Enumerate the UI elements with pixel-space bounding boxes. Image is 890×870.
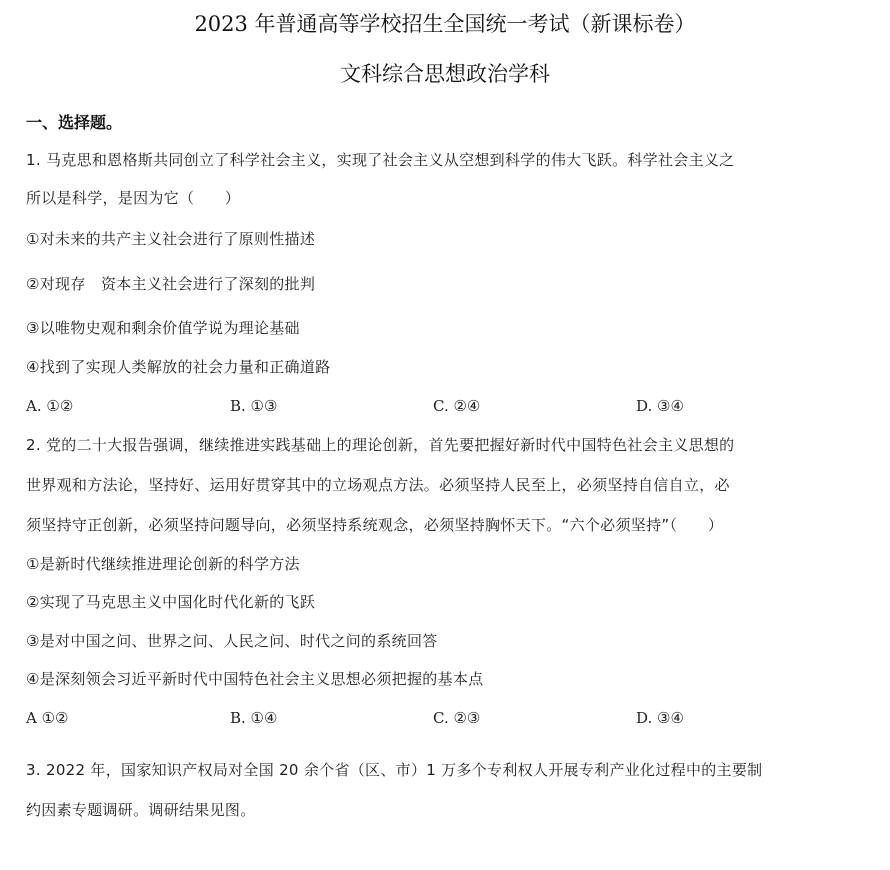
statement-4: ④找到了实现人类解放的社会力量和正确道路 [26, 357, 330, 377]
document-title: 2023 年普通高等学校招生全国统一考试（新课标卷） [0, 8, 890, 38]
option-b: B. ①④ [230, 708, 277, 728]
option-b: B. ①③ [230, 396, 277, 416]
question-stem-line: 世界观和方法论，坚持好、运用好贯穿其中的立场观点方法。必须坚持人民至上，必须坚持… [26, 475, 730, 495]
statement-3: ③是对中国之问、世界之问、人民之问、时代之问的系统回答 [26, 631, 438, 651]
document-subtitle: 文科综合思想政治学科 [0, 58, 890, 88]
section-heading: 一、选择题。 [26, 110, 122, 133]
option-d: D. ③④ [636, 708, 684, 728]
question-stem-line: 3. 2022 年，国家知识产权局对全国 20 余个省（区、市）1 万多个专利权… [26, 760, 762, 780]
statement-1: ①对未来的共产主义社会进行了原则性描述 [26, 229, 315, 249]
question-stem-line: 1. 马克思和恩格斯共同创立了科学社会主义，实现了社会主义从空想到科学的伟大飞跃… [26, 150, 734, 170]
option-d: D. ③④ [636, 396, 684, 416]
question-stem-line: 2. 党的二十大报告强调，继续推进实践基础上的理论创新，首先要把握好新时代中国特… [26, 435, 734, 455]
option-a: A. ①② [26, 396, 73, 416]
statement-2: ②对现存 资本主义社会进行了深刻的批判 [26, 274, 315, 294]
question-stem-line: 约因素专题调研。调研结果见图。 [26, 800, 256, 820]
option-c: C. ②④ [433, 396, 480, 416]
statement-3: ③以唯物史观和剩余价值学说为理论基础 [26, 318, 300, 338]
statement-4: ④是深刻领会习近平新时代中国特色社会主义思想必须把握的基本点 [26, 669, 483, 689]
statement-1: ①是新时代继续推进理论创新的科学方法 [26, 554, 300, 574]
option-c: C. ②③ [433, 708, 480, 728]
question-stem-line: 须坚持守正创新，必须坚持问题导向，必须坚持系统观念，必须坚持胸怀天下。“六个必须… [26, 515, 723, 535]
option-a: A ①② [26, 708, 69, 728]
statement-2: ②实现了马克思主义中国化时代化新的飞跃 [26, 592, 315, 612]
question-stem-line: 所以是科学，是因为它（ ） [26, 188, 240, 208]
